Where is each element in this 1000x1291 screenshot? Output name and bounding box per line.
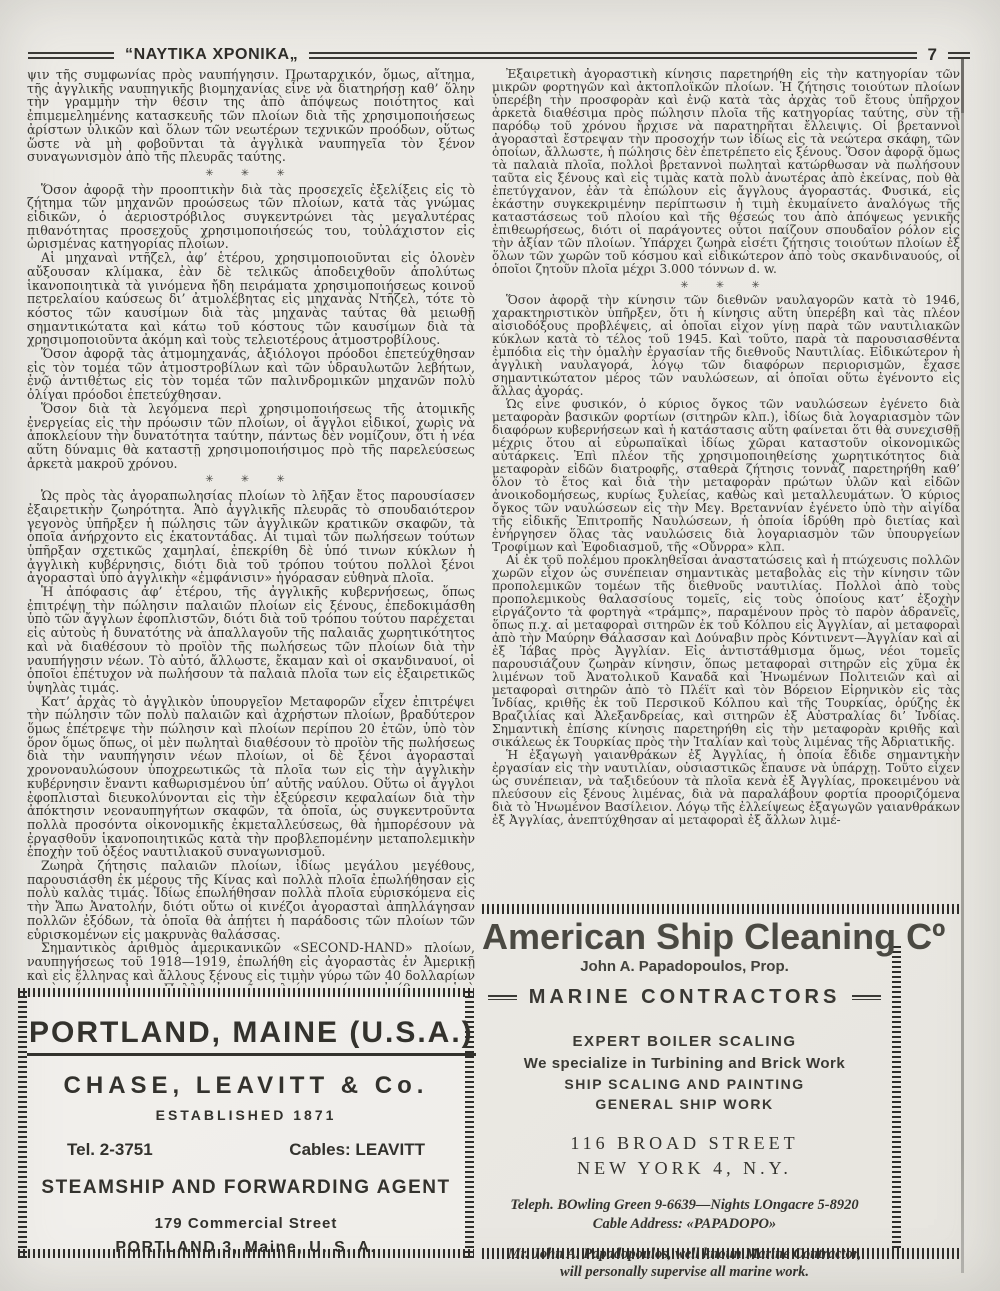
article-paragraph: ψιν τῆς συμφωνίας πρὸς ναυπήγησιν. Πρωτα…: [27, 68, 475, 164]
article-paragraph: Κατ’ ἀρχὰς τὸ ἀγγλικὸν ὑπουργεῖον Μεταφο…: [27, 695, 475, 859]
article-paragraph: Ζωηρὰ ζήτησις παλαιῶν πλοίων, ἰδίως μεγά…: [27, 859, 475, 941]
article-paragraph: Ἡ ἀπόφασις ἀφ’ ἑτέρου, τῆς ἀγγλικῆς κυβε…: [27, 585, 475, 695]
portland-advertisement: PORTLAND, MAINE (U.S.A.) CHASE, LEAVITT …: [18, 988, 474, 1258]
ad-company-name: CHASE, LEAVITT & Co.: [27, 1072, 465, 1100]
rule-right: [948, 52, 970, 59]
ad-service-line: We specialize in Turbining and Brick Wor…: [482, 1055, 887, 1072]
ad-border-top: [18, 988, 474, 997]
article-paragraph: Ὡς πρὸς τὰς ἀγοραπωλησίας πλοίων τὸ λῆξα…: [27, 489, 475, 585]
ad-role: STEAMSHIP AND FORWARDING AGENT: [27, 1177, 465, 1199]
ship-cleaning-advertisement: American Ship Cleaning Cº John A. Papado…: [482, 904, 961, 1259]
ad-established: ESTABLISHED 1871: [27, 1107, 465, 1123]
ad-service-line: GENERAL SHIP WORK: [482, 1096, 887, 1112]
ad-cable-address: Cable Address: «PAPADOPO»: [482, 1216, 887, 1233]
ad-title: PORTLAND, MAINE (U.S.A.): [27, 1016, 476, 1056]
ad-note-line1: Mr. John A. Papadopoulos, well knoun Mar…: [482, 1246, 887, 1263]
article-paragraph: Ὅσον ἀφορᾷ τὴν προοπτικὴν διὰ τὰς προσεχ…: [27, 183, 475, 252]
ad-cables: Cables: LEAVITT: [289, 1140, 425, 1160]
section-separator: ✳ ✳ ✳: [492, 279, 960, 292]
ad-border-top: [482, 904, 961, 914]
page-number: 7: [928, 45, 937, 65]
masthead: “ΝΑΥΤΙΚΑ ΧΡΟΝΙΚΑ„ 7: [28, 44, 970, 66]
ad-border-left: [18, 988, 27, 1258]
article-paragraph: Αἱ μηχαναὶ ντῆζελ, ἀφ’ ἑτέρου, χρησιμοπο…: [27, 251, 475, 347]
article-paragraph: Ὡς εἶνε φυσικόν, ὁ κύριος ὄγκος τῶν ναυλ…: [492, 398, 960, 554]
page-edge-shadow: [961, 58, 964, 1273]
ad-address-line2: PORTLAND 3, Maine, U. S. A.: [27, 1239, 465, 1257]
section-separator: ✳ ✳ ✳: [27, 167, 475, 181]
portland-ad-content: PORTLAND, MAINE (U.S.A.) CHASE, LEAVITT …: [27, 997, 465, 1249]
article-paragraph: Ὅσον ἀφορᾷ τὴν κίνησιν τῶν διεθνῶν ναυλα…: [492, 294, 960, 398]
ad-company-name: American Ship Cleaning Cº: [482, 916, 887, 958]
rule-left: [28, 52, 114, 59]
magazine-title: “ΝΑΥΤΙΚΑ ΧΡΟΝΙΚΑ„: [125, 46, 298, 64]
article-paragraph: Ἡ ἐξαγωγὴ γαιανθράκων ἐξ Ἀγγλίας, ἡ ὁποί…: [492, 749, 960, 827]
article-paragraph: Ἐξαιρετικὴ ἀγοραστικὴ κίνησις παρετηρήθη…: [492, 68, 960, 276]
rule-main: [309, 52, 916, 59]
right-column: Ἐξαιρετικὴ ἀγοραστικὴ κίνησις παρετηρήθη…: [492, 68, 960, 904]
ad-address-line2: NEW YORK 4, N.Y.: [482, 1158, 887, 1179]
ad-telephone: Tel. 2-3751: [67, 1140, 153, 1160]
ad-border-right: [892, 946, 901, 1248]
rule-left: [488, 995, 517, 1000]
section-separator: ✳ ✳ ✳: [27, 473, 475, 487]
magazine-page: “ΝΑΥΤΙΚΑ ΧΡΟΝΙΚΑ„ 7 ψιν τῆς συμφωνίας πρ…: [0, 0, 1000, 1291]
ad-telephone: Teleph. BOwling Green 9-6639—Nights LOng…: [482, 1197, 887, 1214]
left-column: ψιν τῆς συμφωνίας πρὸς ναυπήγησιν. Πρωτα…: [27, 68, 475, 986]
ad-address-line1: 116 BROAD STREET: [482, 1133, 887, 1154]
ad-service-line: EXPERT BOILER SCALING: [482, 1033, 887, 1050]
ad-headline-row: MARINE CONTRACTORS: [482, 986, 887, 1009]
ad-proprietor: John A. Papadopoulos, Prop.: [482, 958, 887, 975]
article-paragraph: Ὅσον διὰ τὰ λεγόμενα περὶ χρησιμοποιήσεω…: [27, 402, 475, 471]
article-paragraph: Ὅσον ἀφορᾷ τὰς ἀτμομηχανάς, ἀξιόλογοι πρ…: [27, 347, 475, 402]
ad-contact-row: Tel. 2-3751 Cables: LEAVITT: [27, 1140, 465, 1160]
rule-right: [852, 995, 881, 1000]
article-paragraph: Αἱ ἐκ τοῦ πολέμου προκληθεῖσαι ἀναστατώσ…: [492, 554, 960, 749]
ad-service-line: SHIP SCALING AND PAINTING: [482, 1076, 887, 1092]
ad-note-line2: will personally supervise all marine wor…: [482, 1264, 887, 1281]
ad-headline: MARINE CONTRACTORS: [529, 986, 841, 1009]
article-paragraph: Σημαντικὸς ἀριθμὸς ἀμερικανικῶν «SECOND-…: [27, 941, 475, 986]
ship-ad-content: American Ship Cleaning Cº John A. Papado…: [482, 914, 887, 1248]
ad-address-line1: 179 Commercial Street: [27, 1215, 465, 1232]
